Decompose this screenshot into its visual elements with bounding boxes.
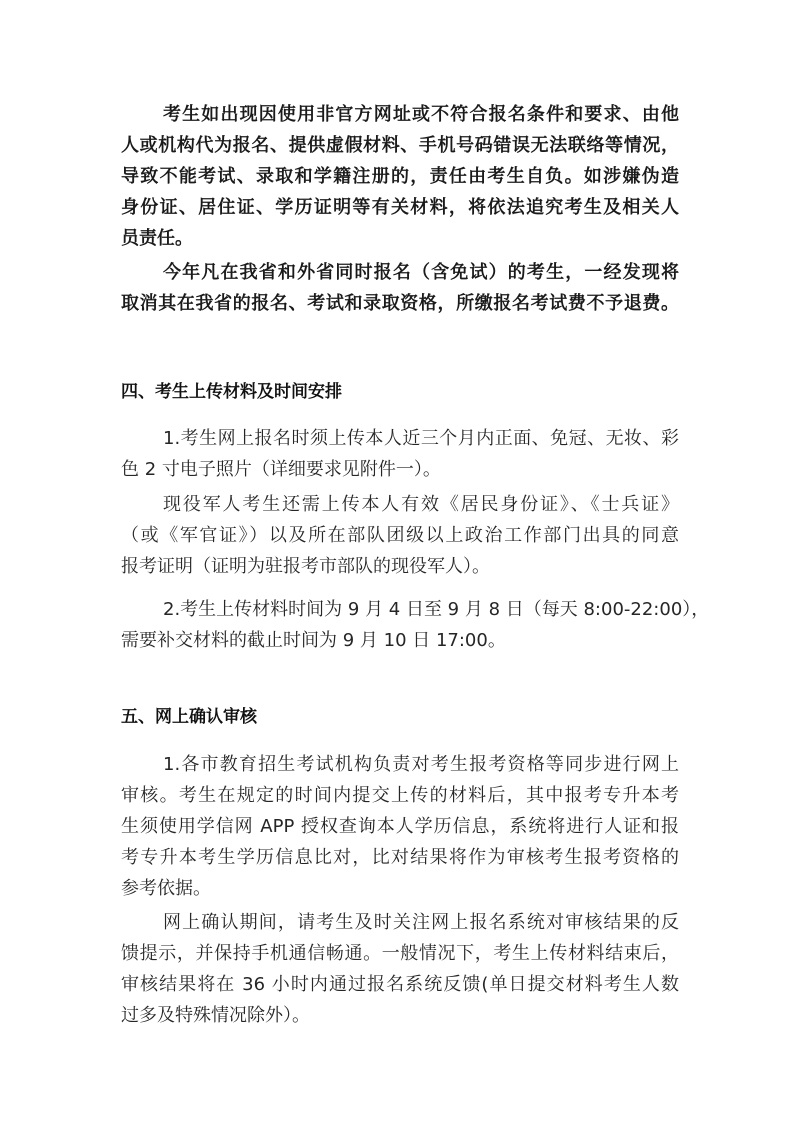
text-line: 审核结果将在 36 小时内通过报名系统反馈(单日提交材料考生人数 bbox=[121, 970, 679, 1000]
text-line: 1.考生网上报名时须上传本人近三个月内正面、免冠、无妆、彩 bbox=[121, 424, 679, 454]
text-line: 需要补交材料的截止时间为 9 月 10 日 17:00。 bbox=[121, 626, 679, 656]
text-line: 1.各市教育招生考试机构负责对考生报考资格等同步进行网上 bbox=[121, 750, 679, 780]
text-line: （或《军官证》）以及所在部队团级以上政治工作部门出具的同意 bbox=[121, 521, 679, 551]
section-heading-online-review: 五、网上确认审核 bbox=[121, 703, 257, 731]
text-line: 审核。考生在规定的时间内提交上传的材料后，其中报考专升本考 bbox=[121, 781, 679, 811]
text-line: 员责任。 bbox=[121, 224, 679, 254]
text-line: 考专升本考生学历信息比对，比对结果将作为审核考生报考资格的 bbox=[121, 843, 679, 873]
text-line: 网上确认期间，请考生及时关注网上报名系统对审核结果的反 bbox=[121, 908, 679, 938]
text-line: 现役军人考生还需上传本人有效《居民身份证》、《士兵证》 bbox=[121, 490, 679, 520]
text-line: 考生如出现因使用非官方网址或不符合报名条件和要求、由他 bbox=[121, 100, 679, 130]
text-line: 今年凡在我省和外省同时报名（含免试）的考生，一经发现将 bbox=[121, 258, 679, 288]
text-line: 导致不能考试、录取和学籍注册的，责任由考生自负。如涉嫌伪造 bbox=[121, 162, 679, 192]
text-line: 生须使用学信网 APP 授权查询本人学历信息，系统将进行人证和报 bbox=[121, 812, 679, 842]
text-line: 过多及特殊情况除外）。 bbox=[121, 1001, 679, 1031]
document-page: 考生如出现因使用非官方网址或不符合报名条件和要求、由他 人或机构代为报名、提供虚… bbox=[0, 0, 793, 1122]
text-line: 取消其在我省的报名、考试和录取资格，所缴报名考试费不予退费。 bbox=[121, 289, 679, 319]
text-line: 2.考生上传材料时间为 9 月 4 日至 9 月 8 日（每天 8:00-22:… bbox=[121, 595, 679, 625]
text-line: 参考依据。 bbox=[121, 874, 679, 904]
text-line: 身份证、居住证、学历证明等有关材料，将依法追究考生及相关人 bbox=[121, 193, 679, 223]
text-line: 馈提示，并保持手机通信畅通。一般情况下，考生上传材料结束后， bbox=[121, 939, 679, 969]
text-line: 报考证明（证明为驻报考市部队的现役军人）。 bbox=[121, 552, 679, 582]
text-line: 色 2 寸电子照片（详细要求见附件一）。 bbox=[121, 455, 679, 485]
text-line: 人或机构代为报名、提供虚假材料、手机号码错误无法联络等情况， bbox=[121, 131, 679, 161]
section-heading-upload-materials: 四、考生上传材料及时间安排 bbox=[121, 378, 342, 406]
